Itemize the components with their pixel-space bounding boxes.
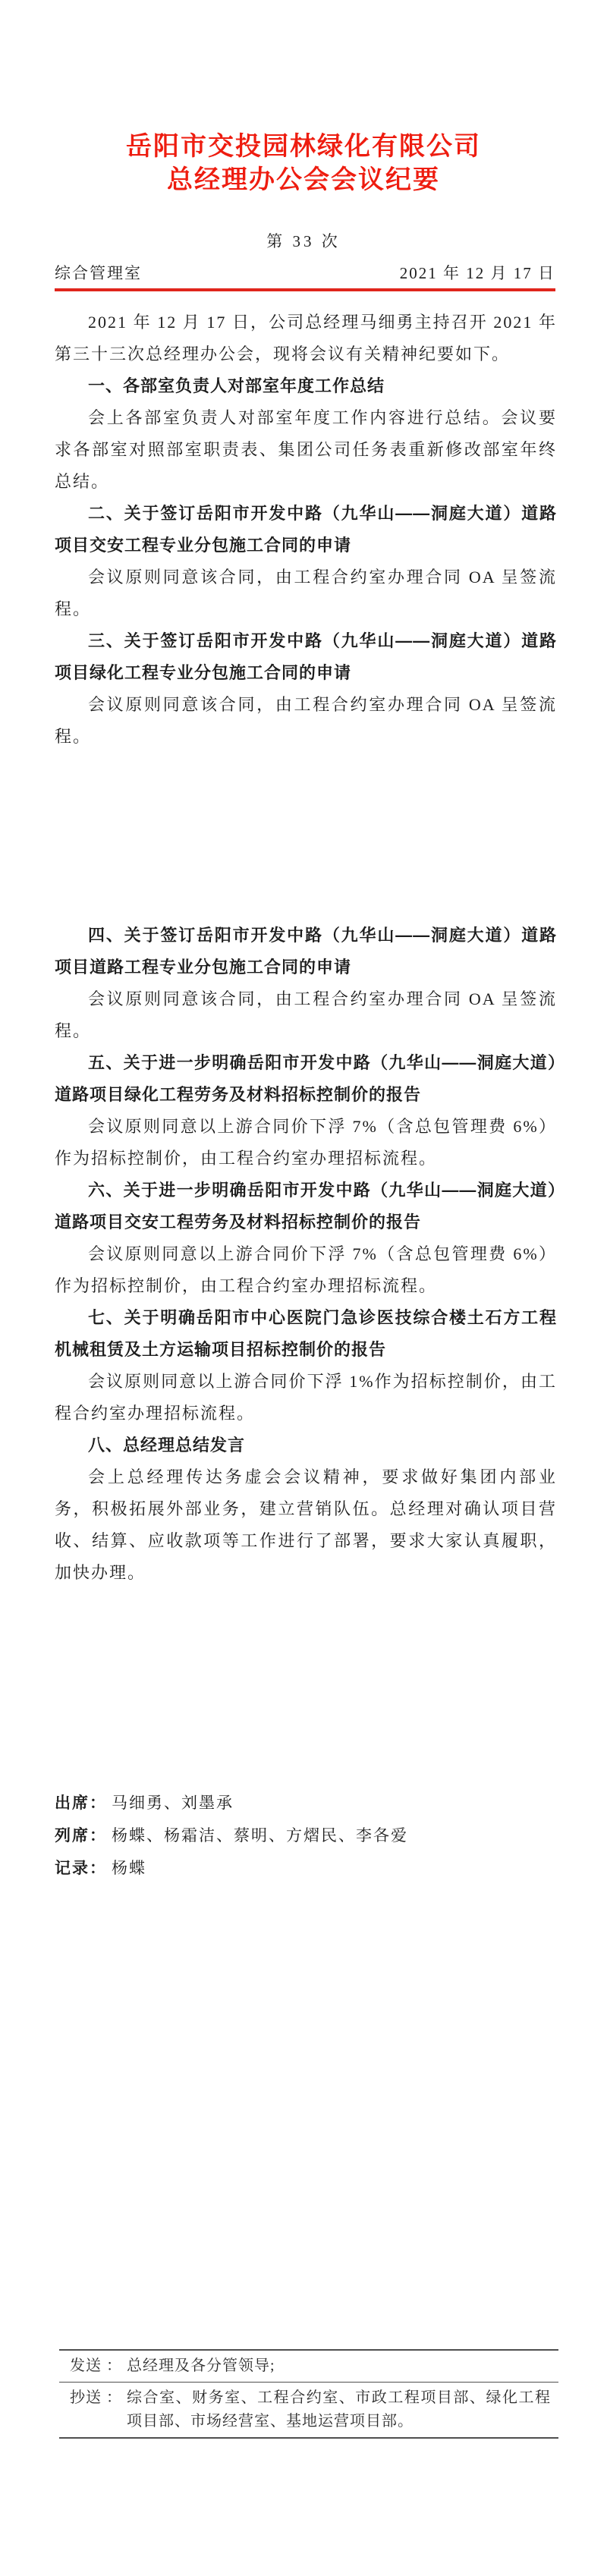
section-5-heading: 五、关于进一步明确岳阳市开发中路（九华山——洞庭大道）道路项目绿化工程劳务及材料… [55,1047,557,1111]
document-title-line1: 岳阳市交投园林绿化有限公司 [0,131,607,164]
document-title-line2: 总经理办公会会议纪要 [0,164,607,197]
section-4-body: 会议原则同意该合同，由工程合约室办理合同 OA 呈签流程。 [55,983,557,1047]
section-3: 三、关于签订岳阳市开发中路（九华山——洞庭大道）道路项目绿化工程专业分包施工合同… [55,625,557,753]
section-6: 六、关于进一步明确岳阳市开发中路（九华山——洞庭大道）道路项目交安工程劳务及材料… [55,1175,557,1302]
section-7: 七、关于明确岳阳市中心医院门急诊医技综合楼土石方工程机械租赁及土方运输项目招标控… [55,1302,557,1430]
section-7-heading: 七、关于明确岳阳市中心医院门急诊医技综合楼土石方工程机械租赁及土方运输项目招标控… [55,1302,557,1366]
section-8-body: 会上总经理传达务虚会会议精神，要求做好集团内部业务，积极拓展外部业务，建立营销队… [55,1461,557,1589]
section-3-heading: 三、关于签订岳阳市开发中路（九华山——洞庭大道）道路项目绿化工程专业分包施工合同… [55,625,557,689]
intro-paragraph: 2021 年 12 月 17 日，公司总经理马细勇主持召开 2021 年第三十三… [55,307,557,370]
issuing-office: 综合管理室 [55,261,142,284]
attendance-present-label: 出席： [55,1794,107,1812]
cc-value: 综合室、财务室、工程合约室、市政工程项目部、绿化工程项目部、市场经营室、基地运营… [127,2386,551,2433]
section-4-heading: 四、关于签订岳阳市开发中路（九华山——洞庭大道）道路项目道路工程专业分包施工合同… [55,920,557,983]
section-2: 二、关于签订岳阳市开发中路（九华山——洞庭大道）道路项目交安工程专业分包施工合同… [55,498,557,625]
section-3-body: 会议原则同意该合同，由工程合约室办理合同 OA 呈签流程。 [55,689,557,753]
send-label: 发送 ： [70,2354,122,2378]
document-page: 岳阳市交投园林绿化有限公司 总经理办公会会议纪要 第 33 次 综合管理室 20… [0,0,607,2576]
cc-row: 抄送 ： 综合室、财务室、工程合约室、市政工程项目部、绿化工程项目部、市场经营室… [59,2382,558,2437]
document-date: 2021 年 12 月 17 日 [400,261,555,284]
meeting-number: 第 33 次 [0,229,607,252]
attendance-observers-names: 杨蝶、杨霜洁、蔡明、方熠民、李各爱 [112,1826,408,1845]
document-title: 岳阳市交投园林绿化有限公司 总经理办公会会议纪要 [0,0,607,197]
attendance-present-names: 马细勇、刘墨承 [112,1794,234,1812]
attendance-recorder-label: 记录： [55,1860,107,1877]
section-2-body: 会议原则同意该合同，由工程合约室办理合同 OA 呈签流程。 [55,561,557,625]
attendance-recorder-row: 记录：杨蝶 [55,1852,555,1885]
document-body: 2021 年 12 月 17 日，公司总经理马细勇主持召开 2021 年第三十三… [55,291,557,1589]
attendance-observers-row: 列席：杨蝶、杨霜洁、蔡明、方熠民、李各爱 [55,1820,555,1852]
send-value: 总经理及各分管领导; [127,2354,551,2378]
section-8-heading: 八、总经理总结发言 [55,1430,557,1461]
attendance-recorder-name: 杨蝶 [112,1859,146,1877]
attendance-present-row: 出席：马细勇、刘墨承 [55,1787,555,1820]
section-2-heading: 二、关于签订岳阳市开发中路（九华山——洞庭大道）道路项目交安工程专业分包施工合同… [55,498,557,561]
section-6-heading: 六、关于进一步明确岳阳市开发中路（九华山——洞庭大道）道路项目交安工程劳务及材料… [55,1175,557,1238]
send-row: 发送 ： 总经理及各分管领导; [59,2351,558,2382]
section-5: 五、关于进一步明确岳阳市开发中路（九华山——洞庭大道）道路项目绿化工程劳务及材料… [55,1047,557,1175]
attendance-block: 出席：马细勇、刘墨承 列席：杨蝶、杨霜洁、蔡明、方熠民、李各爱 记录：杨蝶 [55,1787,555,1885]
section-1-heading: 一、各部室负责人对部室年度工作总结 [55,370,557,402]
section-1-body: 会上各部室负责人对部室年度工作内容进行总结。会议要求各部室对照部室职责表、集团公… [55,402,557,498]
meta-row: 综合管理室 2021 年 12 月 17 日 [55,261,555,291]
page-break-gap [55,753,557,920]
attendance-observers-label: 列席： [55,1827,107,1845]
cc-label: 抄送 ： [70,2386,122,2433]
section-8: 八、总经理总结发言 会上总经理传达务虚会会议精神，要求做好集团内部业务，积极拓展… [55,1430,557,1589]
section-4: 四、关于签订岳阳市开发中路（九华山——洞庭大道）道路项目道路工程专业分包施工合同… [55,920,557,1047]
section-1: 一、各部室负责人对部室年度工作总结 会上各部室负责人对部室年度工作内容进行总结。… [55,370,557,498]
section-6-body: 会议原则同意以上游合同价下浮 7%（含总包管理费 6%）作为招标控制价，由工程合… [55,1238,557,1302]
section-7-body: 会议原则同意以上游合同价下浮 1%作为招标控制价，由工程合约室办理招标流程。 [55,1366,557,1430]
distribution-table: 发送 ： 总经理及各分管领导; 抄送 ： 综合室、财务室、工程合约室、市政工程项… [59,2349,558,2439]
section-5-body: 会议原则同意以上游合同价下浮 7%（含总包管理费 6%）作为招标控制价，由工程合… [55,1111,557,1175]
